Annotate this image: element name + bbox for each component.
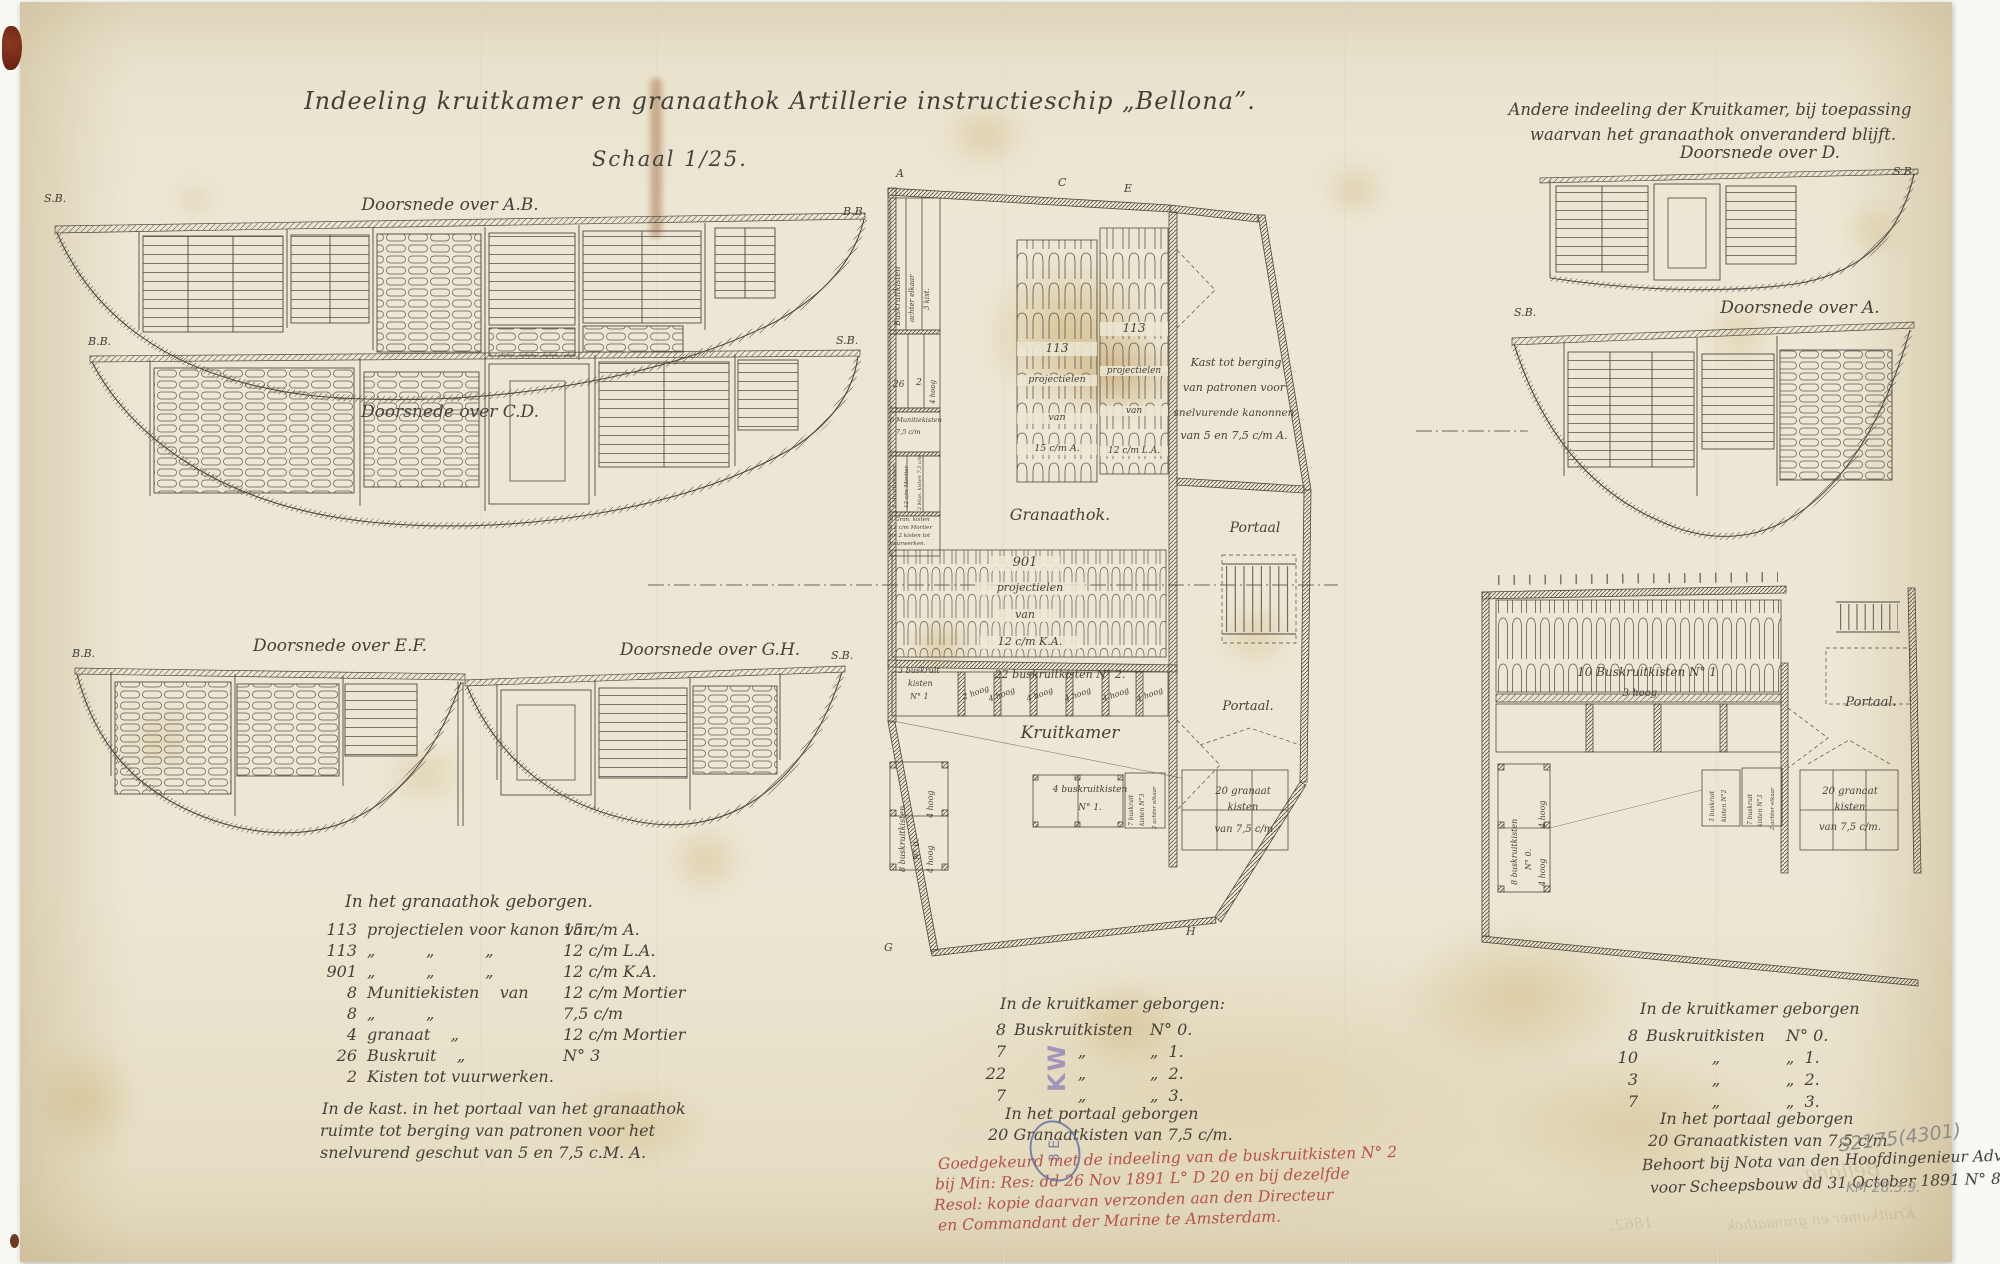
side-box-label: 12 c/m Mortier (904, 466, 910, 508)
sheet-scale: Schaal 1/25. (560, 147, 780, 171)
side-box-label: achter elkaar (908, 275, 916, 322)
kist-box-label: kisten (908, 679, 933, 688)
side-box-label: 2 (916, 378, 922, 388)
section-label-d: Doorsnede over D. (1620, 144, 1900, 164)
note-item: Munitiekisten van (367, 983, 563, 1002)
sheet-title: Indeeling kruitkamer en granaathok Artil… (300, 88, 1260, 116)
note-item: „ „ „ (367, 941, 563, 960)
note-size: 12 c/m Mortier (563, 983, 685, 1002)
note-num: „ 2. (1150, 1064, 1184, 1083)
side-box-label: vuurwerken. (890, 541, 925, 547)
notes-right-portaal: In het portaal geborgen (1660, 1110, 1853, 1128)
note-amount: 8 (1604, 1026, 1646, 1045)
note-row: 26 Buskruit „ N° 3 (315, 1046, 600, 1065)
note-amount: 113 (315, 941, 367, 960)
note-item: „ „ (367, 1004, 563, 1023)
side-box-label: 8 Munitiekisten (892, 464, 898, 508)
room-label-portaal: Portaal. (1826, 696, 1916, 711)
note-size: 12 c/m L.A. (563, 941, 655, 960)
cross-section-a (1512, 316, 1914, 566)
notes-center-last: 20 Granaatkisten van 7,5 c/m. (988, 1126, 1233, 1144)
kist-box-label: 3 buskruit (898, 666, 940, 675)
plan-mark: A (896, 168, 904, 181)
bottom-box-label: kisten N°3 (1758, 795, 1765, 827)
note-item: „ (1014, 1086, 1150, 1105)
bottom-box-label: kisten (1815, 802, 1885, 814)
note-num: „ 3. (1150, 1086, 1184, 1105)
note-row: 8 Munitiekisten van 12 c/m Mortier (315, 983, 685, 1002)
note-row: 8 Buskruitkisten N° 0. (1604, 1026, 1828, 1045)
note-size: 12 c/m K.A. (563, 962, 657, 981)
note-item: „ (1014, 1042, 1150, 1061)
section-label-a: Doorsnede over A. (1650, 299, 1950, 319)
note-amount: 8 (315, 983, 367, 1002)
kast-line: Kast tot berging (1172, 357, 1300, 370)
kist-row-title: 22 buskruitkisten N° 2. (985, 669, 1135, 682)
notes-left-para: snelvurend geschut van 5 en 7,5 c.M. A. (320, 1144, 646, 1162)
note-row: 8 Buskruitkisten N° 0. (972, 1020, 1192, 1039)
note-item: „ (1646, 1070, 1786, 1089)
hull-mark: S.B. (44, 193, 66, 206)
side-box-label: 7,5 c/m (896, 429, 920, 436)
note-item: „ (1646, 1048, 1786, 1067)
rack1-line: van (1017, 413, 1097, 424)
side-box-label: 12 c/m Mortier (890, 525, 932, 531)
section-label-cd: Doorsnede over C.D. (300, 403, 600, 423)
note-size: 12 c/m Mortier (563, 1025, 685, 1044)
bottom-box-label: N° 1. (1055, 803, 1125, 813)
note-amount: 26 (315, 1046, 367, 1065)
cross-section-gh (465, 660, 845, 845)
side-box-label: 6 Munitiekisten (890, 417, 942, 424)
hull-mark: B.B. (88, 336, 111, 349)
bottom-box-label: kisten N°3 (1140, 794, 1147, 826)
note-row: 4 granaat „ 12 c/m Mortier (315, 1025, 685, 1044)
note-amount: 22 (972, 1064, 1014, 1083)
note-num: N° 0. (1150, 1020, 1192, 1039)
bottom-box-label: van 7,5 c/m. (1800, 822, 1900, 834)
kast-line: van patronen voor (1168, 382, 1300, 395)
note-item: granaat „ (367, 1025, 563, 1044)
note-amount: 10 (1604, 1048, 1646, 1067)
bottom-box-label: van 7,5 c/m. (1193, 824, 1298, 836)
seal-blob (2, 26, 22, 70)
hull-mark: S.B. (1893, 166, 1915, 179)
notes-left-para: In de kast. in het portaal van het grana… (322, 1100, 686, 1118)
bottom-box-label: kisten N°2 (1722, 790, 1729, 822)
rack2-line: van (1100, 406, 1168, 416)
kist-box-label: N° 1 (910, 692, 929, 701)
note-num: N° 0. (1786, 1026, 1828, 1045)
notes-right-heading: In de kruitkamer geborgen (1640, 1000, 1860, 1018)
fold-crease (656, 0, 659, 1264)
cross-section-ef (75, 656, 465, 851)
notes-left-heading: In het granaathok geborgen. (345, 893, 593, 913)
note-amount: 3 (1604, 1070, 1646, 1089)
ghost-text: 1862. (1609, 1215, 1653, 1235)
note-row: 3 „ „ 2. (1604, 1070, 1820, 1089)
plan-mark: C (1058, 177, 1066, 190)
hull-mark: B.B. (843, 206, 866, 219)
note-size: 15 c/m A. (563, 920, 640, 939)
rack2-line: projectielen (1100, 366, 1168, 376)
cross-section-cd (90, 346, 860, 536)
notes-center-heading: In de kruitkamer geborgen: (1000, 995, 1225, 1013)
hull-mark: B.B. (72, 648, 95, 661)
notes-center-portaal: In het portaal geborgen (1005, 1105, 1198, 1123)
plan-mark: H (1186, 926, 1196, 939)
bottom-box-label: 4 hoog (1538, 800, 1547, 828)
note-amount: 7 (972, 1042, 1014, 1061)
kast-line: van 5 en 7,5 c/m A. (1168, 430, 1300, 443)
bottom-box-label: 20 granaat (1193, 786, 1293, 798)
bottom-box-label: 7 buskruit (1748, 794, 1755, 825)
note-item: „ „ „ (367, 962, 563, 981)
rack1-line: 15 c/m A. (1017, 444, 1097, 455)
bottom-box-label: 8 buskruitkisten (898, 806, 907, 872)
note-amount: 7 (1604, 1092, 1646, 1111)
section-label-ef: Doorsnede over E.F. (200, 637, 480, 657)
note-num: „ 1. (1786, 1048, 1820, 1067)
rack1-count: 113 (1017, 342, 1097, 356)
kw-stamp: KW (1044, 1043, 1072, 1092)
kist-row-title: 10 Buskruitkisten N° 1 (1532, 666, 1762, 680)
note-item: Buskruitkisten (1014, 1020, 1150, 1039)
note-row: 8 „ „ 7,5 c/m (315, 1004, 623, 1023)
drawing-sheet: Indeeling kruitkamer en granaathok Artil… (0, 0, 2000, 1264)
room-label-portaal-bottom: Portaal. (1198, 700, 1298, 715)
note-row: 22 „ „ 2. (972, 1064, 1184, 1083)
alt-title-line1: Andere indeeling der Kruitkamer, bij toe… (1500, 101, 1920, 120)
bottom-box-label: 2 achter elkaar (1152, 786, 1158, 829)
note-amount: 901 (315, 962, 367, 981)
note-size: N° 3 (563, 1046, 600, 1065)
bottom-box-label: 8 buskruitkisten (1510, 819, 1519, 885)
shells901-line: 12 c/m K.A. (980, 636, 1080, 649)
note-row: 113 „ „ „ 12 c/m L.A. (315, 941, 655, 960)
note-num: „ 2. (1786, 1070, 1820, 1089)
edge-mark (10, 1234, 19, 1248)
cross-section-d (1540, 166, 1918, 306)
note-item: Buskruit „ (367, 1046, 563, 1065)
section-label-gh: Doorsnede over G.H. (560, 641, 860, 661)
kast-line: snelvurende kanonnen (1166, 407, 1302, 419)
note-item: Buskruitkisten (1646, 1026, 1786, 1045)
note-item: Kisten tot vuurwerken. (367, 1067, 563, 1086)
kist-row-sub: 3 hoog (1605, 688, 1675, 700)
note-amount: 7 (972, 1086, 1014, 1105)
side-box-label: en 2 kisten tot (890, 533, 930, 539)
bottom-box-label: 3 buskruit (1710, 791, 1717, 822)
shells901-line: projectielen (975, 582, 1085, 595)
note-row: 7 „ „ 3. (972, 1086, 1184, 1105)
room-label-granaathok: Granaathok. (995, 506, 1125, 524)
hull-mark: S.B. (1514, 307, 1536, 320)
note-row: 10 „ „ 1. (1604, 1048, 1820, 1067)
bottom-box-label: N° 0. (912, 839, 921, 860)
section-label-ab: Doorsnede over A.B. (290, 196, 610, 216)
note-num: „ 1. (1150, 1042, 1184, 1061)
hull-mark: S.B. (836, 335, 858, 348)
bottom-box-label: 20 granaat (1805, 786, 1895, 798)
note-amount: 8 (972, 1020, 1014, 1039)
note-item: „ (1014, 1064, 1150, 1083)
shells901-count: 901 (990, 556, 1060, 571)
rack2-count: 113 (1100, 322, 1168, 336)
bottom-box-label: 7 buskruit (1129, 795, 1136, 826)
side-box-label: 26 (893, 380, 904, 390)
side-box-label: 4 hoog (929, 380, 937, 404)
bottom-box-label: 4 hoog (926, 790, 935, 818)
note-row: 2 Kisten tot vuurwerken. (315, 1067, 563, 1086)
note-item: projectielen voor kanon van (367, 920, 563, 939)
note-amount: 8 (315, 1004, 367, 1023)
bottom-box-label: N° 0. (1524, 849, 1533, 870)
bottom-box-label: 4 hoog (1538, 858, 1547, 886)
rack1-line: projectielen (1017, 375, 1097, 386)
oval-stamp-text: 3 E (1047, 1140, 1063, 1162)
note-size: 7,5 c/m (563, 1004, 623, 1023)
side-box-label: 3 kist. (923, 288, 931, 310)
notes-left-para: ruimte tot berging van patronen voor het (320, 1122, 655, 1140)
plan-left (870, 160, 1315, 995)
hull-mark: S.B. (831, 650, 853, 663)
note-amount: 2 (315, 1067, 367, 1086)
plan-mark: E (1124, 183, 1132, 196)
plan-mark: G (884, 942, 893, 955)
bottom-box-label: 4 hoog (926, 845, 935, 873)
note-row: 7 „ „ 1. (972, 1042, 1184, 1061)
bottom-box-label: kisten (1208, 802, 1278, 814)
fold-crease (1344, 0, 1347, 1264)
side-box-label: Buskruitkisten (893, 267, 902, 326)
side-box-label: 2 Mun. kisten 7,5 c/m (918, 455, 924, 510)
shells901-line: van (995, 609, 1055, 622)
note-row: 901 „ „ „ 12 c/m K.A. (315, 962, 657, 981)
note-amount: 113 (315, 920, 367, 939)
side-box-label: 4 Gran. kisten (890, 517, 930, 523)
note-amount: 4 (315, 1025, 367, 1044)
pencil-annotation: KM 28.3.9. (1846, 1180, 1921, 1196)
rack2-line: 12 c/m L.A. (1100, 446, 1168, 456)
note-row: 113 projectielen voor kanon van 15 c/m A… (315, 920, 640, 939)
bottom-box-label: 4 buskruitkisten (1040, 785, 1140, 795)
room-label-kruitkamer: Kruitkamer (1000, 724, 1140, 744)
bottom-box-label: 2 achter elkaar (1770, 787, 1776, 830)
room-label-portaal-top: Portaal (1205, 520, 1305, 536)
